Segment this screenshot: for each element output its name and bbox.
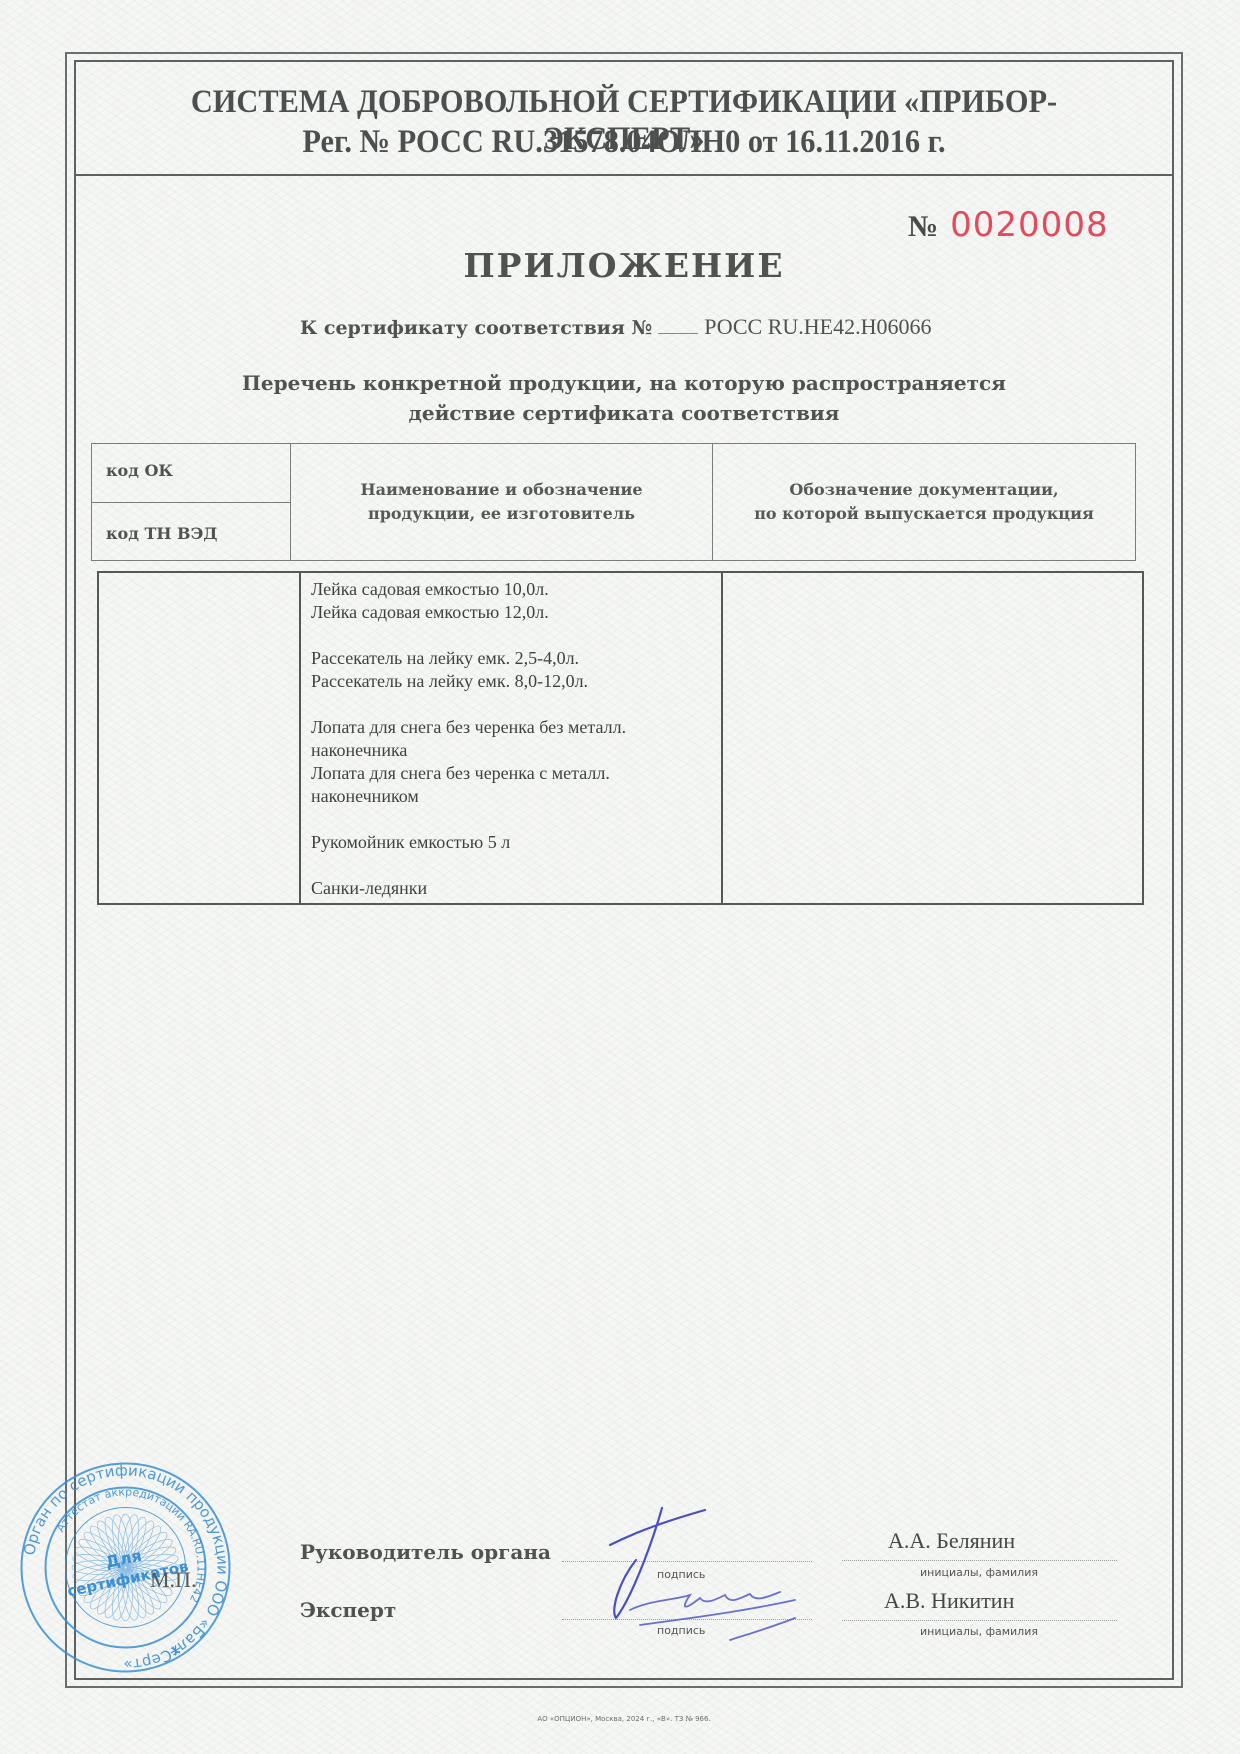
product-item: Рассекатель на лейку емк. 8,0-12,0л.	[311, 670, 721, 693]
head-name-caption: инициалы, фамилия	[920, 1566, 1038, 1579]
product-item: Лопата для снега без черенка без металл.…	[311, 716, 721, 762]
certificate-reference: К сертификату соответствия №РОСС RU.НЕ42…	[300, 314, 932, 340]
svg-text:*: *	[170, 1643, 181, 1668]
product-header-line-2: продукции, ее изготовитель	[360, 502, 642, 526]
codes-divider	[92, 502, 290, 503]
printer-footer: АО «ОПЦИОН», Москва, 2024 г., «В». ТЗ № …	[74, 1715, 1174, 1723]
product-item: Санки-ледянки	[311, 877, 721, 900]
documentation-header-line-2: по которой выпускается продукция	[754, 502, 1094, 526]
header-divider	[74, 174, 1174, 176]
product-item: Лейка садовая емкостью 12,0л.	[311, 601, 721, 624]
documentation-header-line-1: Обозначение документации,	[754, 478, 1094, 502]
documentation-header-cell: Обозначение документации, по которой вып…	[713, 444, 1135, 560]
product-item: Рукомойник емкостью 5 л	[311, 831, 721, 854]
certificate-reference-label: К сертификату соответствия №	[300, 317, 652, 339]
head-of-body-label: Руководитель органа	[300, 1540, 551, 1564]
product-item: Лейка садовая емкостью 10,0л.	[311, 578, 721, 601]
list-title: Перечень конкретной продукции, на котору…	[74, 368, 1174, 428]
expert-name-line	[842, 1620, 1117, 1621]
product-header-cell: Наименование и обозначение продукции, ее…	[291, 444, 713, 560]
codes-cell	[99, 573, 301, 903]
documentation-cell	[723, 573, 1142, 903]
certificate-reference-value: РОСС RU.НЕ42.Н06066	[704, 314, 931, 339]
code-tnved-label: код ТН ВЭД	[106, 524, 218, 543]
list-title-line-2: действие сертификата соответствия	[74, 398, 1174, 428]
product-header-line-1: Наименование и обозначение	[360, 478, 642, 502]
product-item: Рассекатель на лейку емк. 2,5-4,0л.	[311, 647, 721, 670]
table-header: код ОК код ТН ВЭД Наименование и обознач…	[91, 443, 1136, 561]
form-number-label: №	[908, 210, 938, 243]
seal-placeholder-label: М.П.	[150, 1567, 196, 1593]
products-cell: Лейка садовая емкостью 10,0л.Лейка садов…	[301, 573, 723, 903]
expert-name-caption: инициалы, фамилия	[920, 1625, 1038, 1638]
expert-name: А.В. Никитин	[884, 1588, 1014, 1614]
form-number-value: 0020008	[950, 205, 1108, 245]
document-title: ПРИЛОЖЕНИЕ	[74, 246, 1174, 285]
products-table: Лейка садовая емкостью 10,0л.Лейка садов…	[97, 571, 1144, 905]
product-item: Лопата для снега без черенка с металл. н…	[311, 762, 721, 808]
code-ok-label: код ОК	[106, 461, 173, 480]
list-title-line-1: Перечень конкретной продукции, на котору…	[74, 368, 1174, 398]
handwritten-signatures-icon	[580, 1500, 800, 1660]
head-name: А.А. Белянин	[888, 1528, 1015, 1554]
system-registration: Рег. № РОСС RU.31578.04ОЛН0 от 16.11.201…	[118, 124, 1130, 161]
form-number: №0020008	[908, 205, 1109, 245]
certification-stamp-icon: Орган по сертификации продукции ООО «Бал…	[18, 1460, 233, 1675]
codes-header-cell: код ОК код ТН ВЭД	[92, 444, 291, 560]
expert-label: Эксперт	[300, 1598, 396, 1622]
blank-line	[658, 333, 698, 334]
head-name-line	[842, 1560, 1117, 1561]
